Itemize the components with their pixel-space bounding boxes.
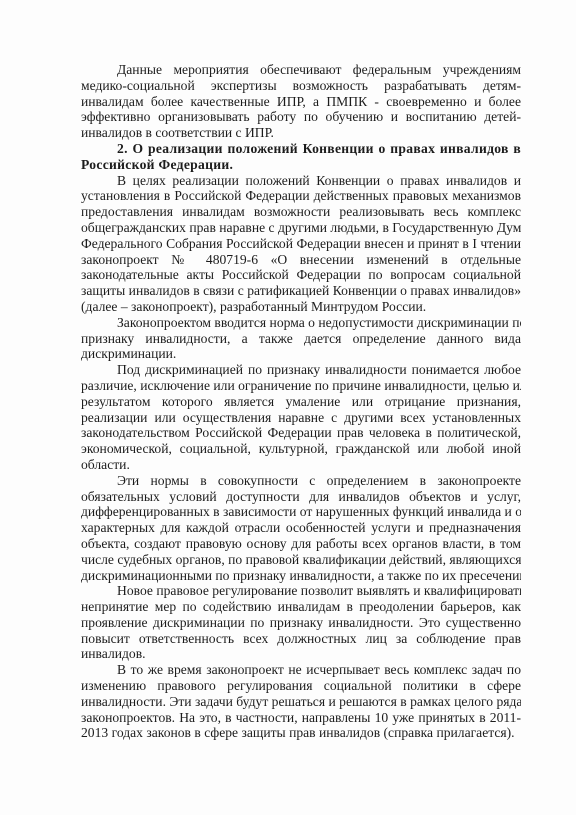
heading-line: 2. О реализации положений Конвенции о пр… — [81, 141, 521, 157]
text-line: В то же время законопроект не исчерпывае… — [81, 662, 521, 678]
text-line: области. — [81, 457, 521, 473]
paragraph-bill-introduction: В целях реализации положений Конвенции о… — [81, 173, 521, 315]
paragraph-ipr-measures: Данные мероприятия обеспечивают федераль… — [81, 62, 521, 141]
text-line: 2013 годах законов в сфере защиты прав и… — [81, 725, 521, 741]
text-line: признаку инвалидности, а также дается оп… — [81, 331, 521, 347]
text-line: медико-социальной экспертизы возможность… — [81, 78, 521, 94]
text-line: инвалидам более качественные ИПР, а ПМПК… — [81, 94, 521, 110]
text-line: дискриминационными по признаку инвалидно… — [81, 568, 521, 584]
paragraph-non-discrimination-norm: Законопроектом вводится норма о недопуст… — [81, 315, 521, 362]
text-line: объекта, создают правовую основу для раб… — [81, 536, 521, 552]
text-line: изменению правового регулирования социал… — [81, 678, 521, 694]
text-line: числе судебных органов, по правовой квал… — [81, 552, 521, 568]
text-line: инвалидов. — [81, 646, 521, 662]
text-line: реализации или осуществления наравне с д… — [81, 410, 521, 426]
document-page: Данные мероприятия обеспечивают федераль… — [0, 0, 576, 815]
paragraph-accessibility-norms: Эти нормы в совокупности с определением … — [81, 473, 521, 584]
text-line: Законопроектом вводится норма о недопуст… — [81, 315, 521, 331]
text-line: Федерального Собрания Российской Федерац… — [81, 236, 521, 252]
text-line: В целях реализации положений Конвенции о… — [81, 173, 521, 189]
text-line: законопроектов. На это, в частности, нап… — [81, 710, 521, 726]
heading-line: Российской Федерации. — [81, 157, 521, 173]
text-line: эффективно организовывать работу по обуч… — [81, 109, 521, 125]
text-line: Эти нормы в совокупности с определением … — [81, 473, 521, 489]
text-line: законопроект № 480719-6 «О внесении изме… — [81, 252, 521, 268]
text-line: законодательством Российской Федерации п… — [81, 425, 521, 441]
paragraph-discrimination-definition: Под дискриминацией по признаку инвалидно… — [81, 362, 521, 473]
section-heading: 2. О реализации положений Конвенции о пр… — [81, 141, 521, 173]
text-line: (далее – законопроект), разработанный Ми… — [81, 299, 521, 315]
text-line: экономической, социальной, культурной, г… — [81, 441, 521, 457]
text-line: характерных для каждой отрасли особеннос… — [81, 520, 521, 536]
text-line: предоставления инвалидам возможности реа… — [81, 204, 521, 220]
text-line: защиты инвалидов в связи с ратификацией … — [81, 283, 521, 299]
text-line: инвалидности. Эти задачи будут решаться … — [81, 694, 521, 710]
text-line: законодательные акты Российской Федераци… — [81, 267, 521, 283]
text-line: Данные мероприятия обеспечивают федераль… — [81, 62, 521, 78]
text-line: обязательных условий доступности для инв… — [81, 489, 521, 505]
paragraph-new-regulation: Новое правовое регулирование позволит вы… — [81, 583, 521, 662]
text-line: Новое правовое регулирование позволит вы… — [81, 583, 521, 599]
text-line: результатом которого является умаление и… — [81, 394, 521, 410]
document-text: Данные мероприятия обеспечивают федераль… — [81, 62, 521, 741]
text-line: дискриминации. — [81, 346, 521, 362]
text-line: различие, исключение или ограничение по … — [81, 378, 521, 394]
text-line: проявление дискриминации по признаку инв… — [81, 615, 521, 631]
text-line: общегражданских прав наравне с другими л… — [81, 220, 521, 236]
text-line: установления в Российской Федерации дейс… — [81, 188, 521, 204]
text-line: непринятие мер по содействию инвалидам в… — [81, 599, 521, 615]
text-line: повысит ответственность всех должностных… — [81, 631, 521, 647]
paragraph-further-legislation: В то же время законопроект не исчерпывае… — [81, 662, 521, 741]
text-line: инвалидов в соответствии с ИПР. — [81, 125, 521, 141]
text-line: дифференцированных в зависимости от нару… — [81, 504, 521, 520]
text-line: Под дискриминацией по признаку инвалидно… — [81, 362, 521, 378]
